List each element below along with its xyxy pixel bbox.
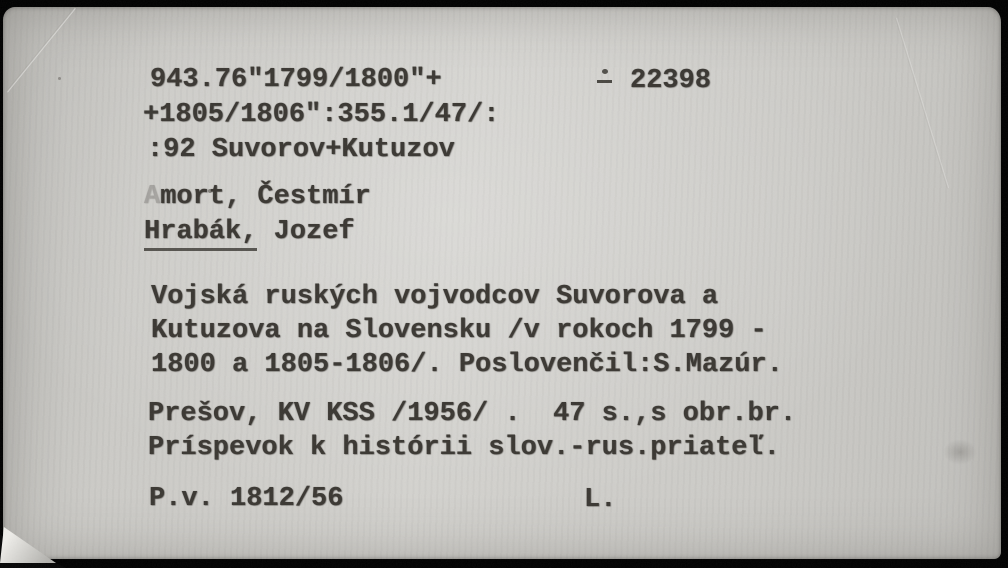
call-number-block: 943.76"1799/1800"+ +1805/1806":355.1/47/… (150, 63, 499, 168)
author-2-surname-underlined: Hrabák, (144, 217, 257, 251)
author-1-faded-initial: A (144, 182, 160, 212)
author-1-name: mort, Čestmír (160, 182, 371, 212)
photo-background: 943.76"1799/1800"+ +1805/1806":355.1/47/… (0, 0, 1008, 568)
footer-letter: L. (584, 485, 616, 515)
record-number: P.v. 1812/56 (149, 484, 343, 514)
author-line-1: Amort, Čestmír (144, 180, 371, 215)
title-block: Vojská ruských vojvodcov Suvorova a Kutu… (151, 280, 783, 382)
imprint-line-1: Prešov, KV KSS /1956/ . 47 s.,s obr.br. (148, 397, 796, 431)
call-number-line-3: :92 Suvorov+Kutuzov (147, 133, 499, 168)
imprint-block: Prešov, KV KSS /1956/ . 47 s.,s obr.br. … (148, 397, 796, 465)
title-line-3: 1800 a 1805-1806/. Poslovenčil:S.Mazúr. (151, 348, 783, 382)
title-line-2: Kutuzova na Slovensku /v rokoch 1799 - (151, 314, 783, 348)
call-number-line-1: 943.76"1799/1800"+ (150, 63, 499, 98)
accession-number-block: 22398 (597, 66, 711, 96)
title-line-1: Vojská ruských vojvodcov Suvorova a (151, 280, 783, 314)
typewritten-text-layer: 943.76"1799/1800"+ +1805/1806":355.1/47/… (0, 0, 1008, 568)
author-2-forename: Jozef (257, 217, 354, 247)
authors-block: Amort, Čestmír Hrabák, Jozef (144, 180, 371, 250)
accession-number: 22398 (630, 66, 711, 96)
imprint-line-2: Príspevok k histórii slov.-rus.priateľ. (148, 431, 796, 465)
dot-dash-mark-icon (597, 68, 614, 94)
call-number-line-2: +1805/1806":355.1/47/: (143, 98, 499, 133)
mark-dash (597, 80, 612, 83)
mark-dot (602, 69, 608, 74)
author-line-2: Hrabák, Jozef (144, 215, 371, 250)
